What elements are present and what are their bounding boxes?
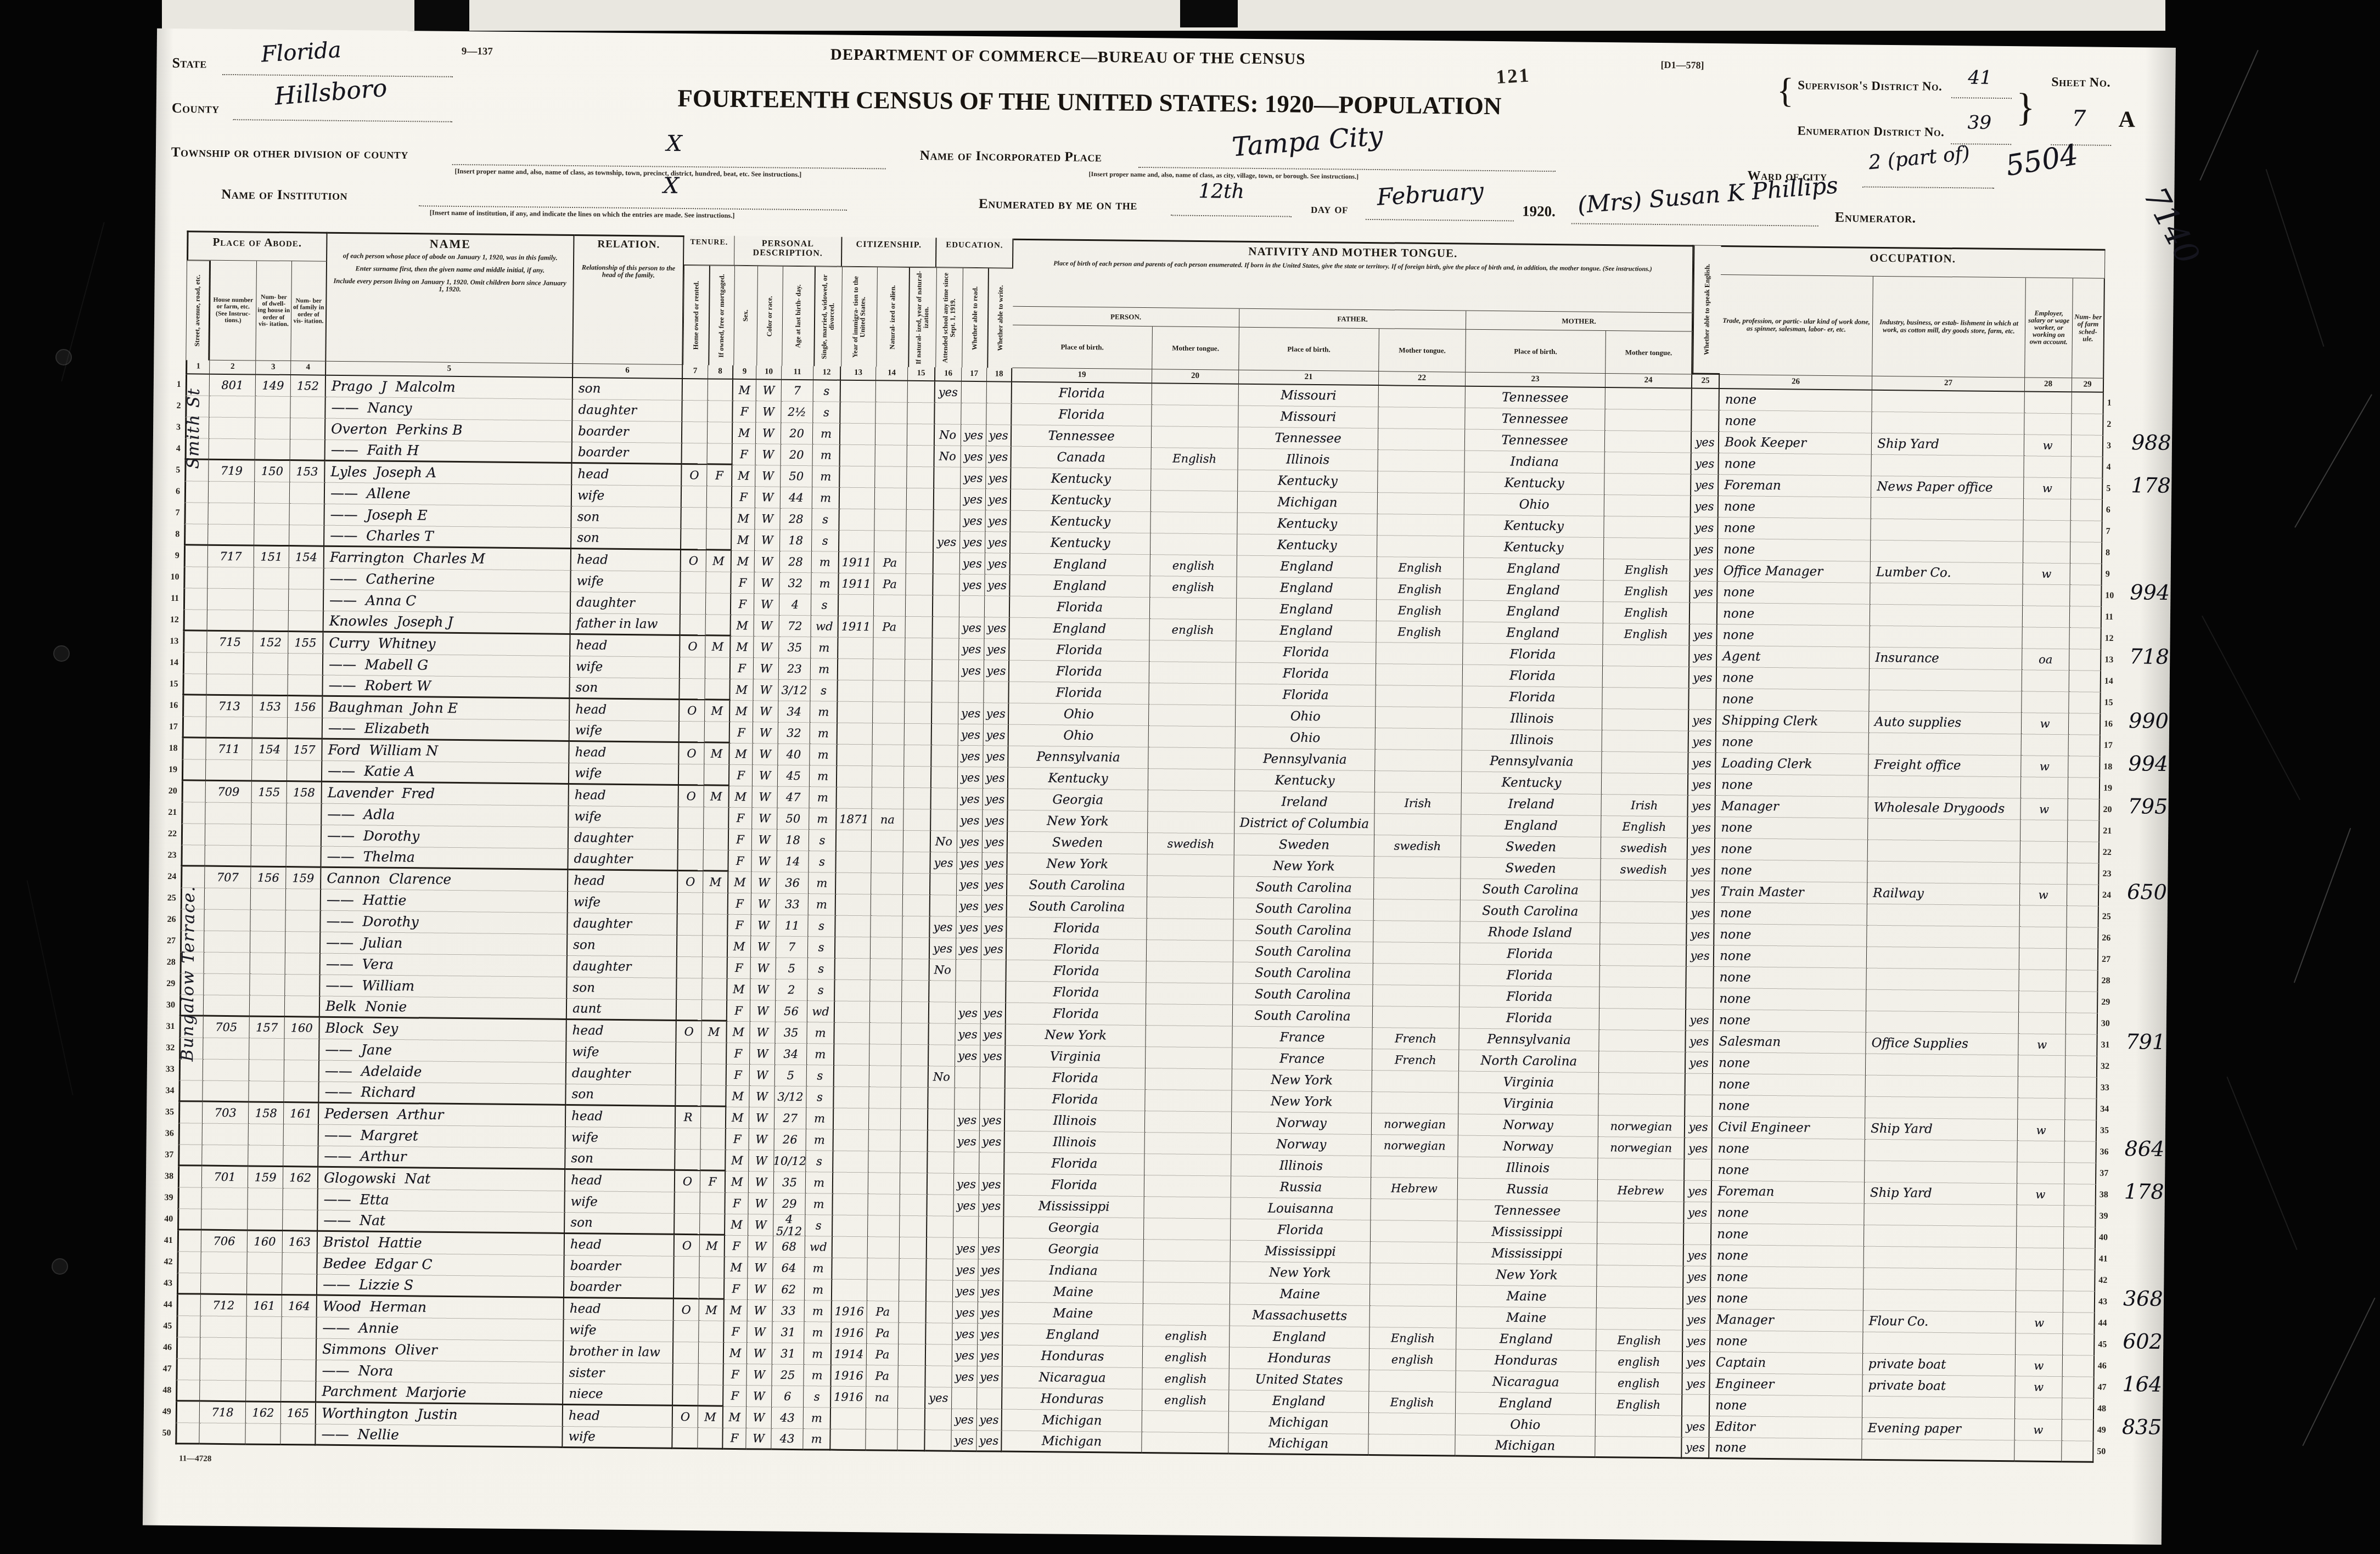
cell-family: 154	[289, 547, 324, 568]
cell-dwelling: 153	[252, 696, 288, 718]
cell-farm	[2063, 1355, 2095, 1377]
cell-free-mtg	[704, 764, 729, 786]
cell-naturalized	[868, 1215, 900, 1237]
cell-pob: Maine	[1003, 1281, 1143, 1304]
cell-race: W	[756, 423, 781, 444]
cell-tongue	[1146, 1026, 1232, 1048]
cell-write: yes	[977, 1366, 1002, 1388]
column-number-20: 20	[1152, 369, 1239, 385]
cell-read	[959, 596, 985, 617]
line-number-left: 25	[161, 888, 181, 909]
cell-race: W	[749, 1086, 774, 1107]
cell-naturalized	[872, 766, 904, 788]
column-label-4: Num- ber of family in order of vis- itat…	[291, 261, 327, 362]
cell-father-pob: England	[1229, 1390, 1369, 1413]
cell-father-tongue	[1373, 921, 1460, 943]
column-label-24: Mother tongue.	[1606, 331, 1693, 375]
cell-pob: Florida	[1007, 917, 1147, 940]
cell-school: yes	[925, 1387, 952, 1409]
cell-mother-tongue: swedish	[1601, 859, 1687, 881]
cell-mother-tongue: Hebrew	[1598, 1180, 1685, 1202]
cell-house	[201, 1209, 248, 1231]
cell-father-pob: Florida	[1236, 663, 1376, 685]
cell-father-pob: District of Columbia	[1234, 813, 1374, 835]
cell-trade: none	[1710, 1331, 1863, 1354]
cell-imm-year	[840, 466, 875, 488]
cell-tongue	[1146, 1068, 1232, 1091]
line-number-right: 29	[2098, 992, 2120, 1014]
corner	[166, 230, 187, 374]
cell-write	[980, 1088, 1005, 1110]
cell-relation: head	[570, 699, 680, 722]
cell-father-pob: South Carolina	[1233, 1005, 1373, 1028]
scan-artifact-bar	[414, 0, 469, 32]
cell-farm	[2066, 970, 2098, 992]
cell-race: W	[756, 401, 781, 423]
line-number-right: 16	[2101, 714, 2123, 735]
cell-farm	[2068, 756, 2100, 778]
cell-name: Wood Herman	[317, 1296, 564, 1320]
line-number-right: 27	[2098, 949, 2120, 971]
line-number-left: 15	[162, 674, 182, 695]
cell-street	[177, 1294, 201, 1316]
cell-employer: oa	[2022, 649, 2069, 671]
cell-free-mtg	[705, 679, 730, 700]
cell-marital: m	[810, 765, 837, 787]
line-number-left: 45	[156, 1316, 176, 1337]
line-number-left: 22	[161, 824, 181, 845]
cell-tongue	[1143, 1282, 1230, 1305]
column-label-18: Whether able to write.	[987, 268, 1013, 368]
cell-mother-pob: South Carolina	[1461, 879, 1601, 902]
cell-read: yes	[951, 1431, 976, 1452]
cell-pob: Nicaragua	[1002, 1367, 1142, 1389]
cell-imm-year: 1911	[839, 552, 874, 574]
cell-house	[208, 503, 254, 525]
cell-mother-tongue: english	[1596, 1372, 1682, 1395]
cell-read: yes	[955, 1131, 980, 1152]
cell-relation: daughter	[568, 913, 677, 936]
cell-imm-year	[834, 1066, 869, 1088]
cell-race: W	[749, 1172, 774, 1193]
cell-marital: m	[809, 808, 837, 830]
cell-nat-year	[905, 724, 932, 745]
cell-mother-pob: Florida	[1463, 665, 1603, 688]
cell-dwelling: 160	[248, 1231, 283, 1253]
cell-english: yes	[1691, 560, 1718, 582]
cell-race: W	[752, 829, 777, 851]
cell-naturalized: Pa	[866, 1365, 898, 1387]
cell-relation: wife	[565, 1191, 675, 1214]
cell-mother-tongue: english	[1596, 1351, 1683, 1373]
cell-employer: w	[2022, 713, 2069, 735]
cell-tenure	[673, 1364, 698, 1385]
cell-employer	[2017, 1162, 2064, 1184]
cell-age: 50	[781, 466, 812, 488]
column-label-29: Num- ber of farm sched- ule.	[2072, 278, 2105, 379]
cell-sex: M	[730, 701, 753, 722]
cell-sex: F	[729, 808, 752, 829]
cell-trade: Train Master	[1715, 881, 1867, 904]
cell-school	[926, 1323, 952, 1344]
cell-school: yes	[935, 381, 962, 403]
cell-farm	[2071, 478, 2103, 500]
line-number-right: 12	[2101, 628, 2123, 650]
cell-race: W	[749, 1107, 774, 1129]
cell-sex: F	[724, 1321, 747, 1343]
cell-mother-pob: Florida	[1460, 943, 1600, 966]
cell-school: yes	[930, 938, 956, 959]
cell-school	[927, 1302, 953, 1323]
cell-farm	[2071, 457, 2103, 478]
cell-age: 4	[779, 594, 811, 616]
line-number-left: 41	[158, 1230, 177, 1252]
cell-read: yes	[952, 1345, 978, 1366]
cell-read: yes	[961, 425, 986, 446]
cell-tenure	[672, 1428, 698, 1449]
cell-name: —— Margret	[319, 1125, 566, 1148]
cell-trade: none	[1711, 1266, 1863, 1290]
column-label-1: Street, avenue, road, etc.	[186, 260, 211, 360]
cell-pob: Indiana	[1003, 1260, 1143, 1282]
cell-farm	[2062, 1420, 2094, 1442]
cell-farm	[2064, 1163, 2096, 1185]
cell-relation: daughter	[572, 399, 682, 422]
bracket-code: [D1—578]	[1660, 59, 1704, 71]
cell-age: 3/12	[774, 1086, 806, 1108]
cell-english: yes	[1687, 924, 1714, 945]
cell-father-tongue	[1378, 471, 1464, 494]
cell-naturalized	[871, 916, 902, 938]
cell-english: yes	[1689, 646, 1717, 667]
cell-mother-pob: Kentucky	[1462, 772, 1602, 795]
cell-write: yes	[979, 1174, 1004, 1195]
cell-marital: m	[803, 1429, 830, 1450]
cell-farm	[2064, 1227, 2096, 1249]
cell-imm-year	[833, 1194, 868, 1216]
cell-nat-year	[901, 1088, 928, 1109]
cell-relation: wife	[566, 1127, 676, 1150]
film-scratch	[2294, 828, 2351, 983]
cell-father-pob: Michigan	[1229, 1412, 1369, 1434]
cell-nat-year	[902, 1002, 929, 1023]
film-scratch	[2302, 1298, 2375, 1446]
cell-naturalized	[871, 873, 903, 895]
cell-name: —— Allene	[325, 483, 572, 506]
cell-school	[929, 1045, 955, 1066]
cell-tongue	[1144, 1175, 1231, 1198]
cell-school	[933, 660, 959, 681]
cell-read: yes	[953, 1259, 978, 1281]
ward-scrawl: 5504	[2003, 138, 2080, 183]
cell-mother-tongue	[1599, 1073, 1686, 1095]
cell-school	[928, 1173, 954, 1195]
cell-sex: M	[731, 637, 754, 658]
cell-pob: Florida	[1009, 682, 1149, 705]
cell-house	[206, 674, 252, 696]
cell-house: 707	[205, 867, 251, 889]
cell-age: 32	[778, 723, 810, 745]
cell-trade: none	[1714, 945, 1867, 969]
cell-house: 717	[208, 546, 254, 568]
cell-sex: M	[729, 744, 753, 765]
cell-employer	[2016, 1269, 2063, 1291]
cell-employer	[2024, 456, 2071, 478]
cell-race: W	[748, 1257, 773, 1279]
cell-house	[209, 396, 255, 418]
cell-free-mtg	[703, 893, 728, 914]
cell-sex: M	[732, 530, 755, 551]
cell-father-tongue: French	[1372, 1028, 1459, 1050]
cell-farm	[2072, 435, 2103, 457]
cell-name: Lyles Joseph A	[325, 461, 572, 485]
sheet-no-value: 7	[2072, 106, 2086, 131]
cell-father-tongue	[1375, 771, 1462, 793]
cell-mother-tongue	[1605, 431, 1692, 453]
cell-relation: head	[572, 464, 682, 486]
cell-pob: Florida	[1009, 639, 1149, 662]
cell-marital: m	[812, 444, 840, 466]
cell-dwelling	[250, 953, 285, 975]
cell-school: No	[935, 424, 961, 446]
cell-tenure	[677, 1000, 702, 1021]
cell-family: 153	[290, 461, 325, 483]
cell-tenure: O	[678, 871, 703, 893]
cell-free-mtg	[701, 1085, 726, 1107]
cell-tongue	[1148, 790, 1234, 813]
cell-nat-year	[901, 1109, 928, 1130]
cell-school	[927, 1280, 953, 1302]
cell-trade: none	[1711, 1288, 1863, 1311]
cell-family	[289, 611, 324, 633]
cell-marital: m	[811, 573, 839, 594]
cell-marital: wd	[811, 616, 839, 637]
cell-relation: daughter	[568, 956, 677, 978]
cell-father-pob: England	[1237, 599, 1377, 621]
cell-marital: wd	[805, 1236, 833, 1258]
cell-name: Parchment Marjorie	[316, 1382, 563, 1405]
cell-relation: boarder	[572, 421, 682, 443]
cell-race: W	[754, 594, 779, 615]
cell-english: yes	[1685, 1138, 1712, 1159]
cell-tongue	[1147, 897, 1234, 920]
line-number-right: 17	[2101, 735, 2123, 757]
cell-house	[209, 439, 255, 461]
cell-name: Ford William N	[322, 740, 569, 763]
cell-pob: Kentucky	[1011, 468, 1151, 491]
cell-employer	[2019, 991, 2066, 1013]
cell-school	[927, 1237, 953, 1259]
cell-school	[928, 1130, 955, 1152]
cell-dwelling: 156	[251, 867, 286, 889]
cell-tongue	[1147, 919, 1233, 941]
cell-free-mtg	[700, 1214, 725, 1235]
cell-marital: m	[810, 787, 837, 808]
cell-marital: m	[811, 637, 838, 658]
cell-pob: New York	[1008, 810, 1148, 833]
line-number-left: 11	[164, 588, 183, 610]
line-number-left: 18	[162, 738, 182, 759]
cell-read	[955, 1088, 980, 1110]
cell-tenure	[682, 486, 707, 508]
cell-name: Lavender Fred	[322, 782, 569, 806]
cell-employer	[2016, 1333, 2063, 1355]
cell-father-tongue	[1372, 1092, 1458, 1114]
cell-school	[925, 1409, 952, 1430]
line-number-left: 9	[164, 545, 184, 567]
cell-imm-year	[840, 445, 875, 467]
cell-age: 50	[777, 808, 809, 830]
line-number-right: 8	[2102, 543, 2124, 564]
cell-farm	[2068, 842, 2100, 864]
cell-read: yes	[953, 1302, 978, 1324]
cell-marital: m	[812, 487, 840, 509]
cell-mother-pob: Florida	[1463, 644, 1603, 666]
cell-house: 715	[207, 632, 253, 654]
cell-sex: M	[725, 1257, 748, 1279]
cell-english: yes	[1691, 539, 1718, 560]
cell-industry	[1868, 776, 2021, 799]
margin-annotation-number: 864	[2124, 1136, 2164, 1161]
cell-tongue	[1148, 769, 1235, 791]
margin-annotation-number: 791	[2125, 1029, 2165, 1054]
cell-free-mtg	[702, 1000, 727, 1021]
cell-father-pob: Ohio	[1236, 727, 1376, 750]
cell-tongue: english	[1150, 576, 1237, 599]
cell-school: No	[934, 446, 961, 467]
cell-dwelling	[251, 846, 286, 868]
cell-race: W	[746, 1428, 771, 1450]
cell-naturalized	[870, 1001, 902, 1023]
column-label-19: Place of birth.	[1012, 325, 1153, 369]
cell-tongue	[1152, 405, 1238, 427]
enumerated-label: Enumerated by me on the	[979, 196, 1137, 213]
cell-family	[284, 1082, 319, 1103]
line-number-right: 39	[2096, 1206, 2118, 1228]
cell-industry	[1868, 819, 2020, 842]
cell-dwelling	[255, 418, 290, 440]
cell-street	[183, 631, 207, 652]
cell-mother-tongue: English	[1601, 816, 1688, 838]
cell-english: yes	[1684, 1202, 1711, 1224]
cell-mother-pob: Mississippi	[1457, 1243, 1597, 1265]
column-number-26: 26	[1720, 375, 1872, 391]
cell-nat-year	[900, 1216, 927, 1237]
cell-free-mtg	[704, 829, 729, 850]
column-number-10: 10	[756, 365, 782, 380]
cell-name: —— Annie	[317, 1317, 564, 1341]
cell-dwelling	[250, 995, 285, 1017]
group-education: EDUCATION.	[936, 238, 1014, 268]
column-number-4: 4	[291, 361, 326, 376]
line-number-right: 15	[2101, 692, 2123, 714]
cell-imm-year: 1911	[838, 616, 873, 638]
cell-naturalized	[875, 445, 907, 467]
column-label-12: Single, married, widowed, or divorced.	[813, 266, 842, 366]
cell-tongue: english	[1142, 1389, 1229, 1412]
cell-farm	[2069, 671, 2101, 692]
cell-dwelling	[255, 439, 290, 461]
column-label-11: Age at last birth- day.	[782, 266, 815, 367]
institution-value: X	[663, 173, 679, 199]
cell-imm-year	[836, 852, 871, 874]
cell-employer	[2025, 392, 2072, 414]
cell-pob: Michigan	[1002, 1410, 1142, 1432]
cell-dwelling: 149	[256, 375, 291, 397]
cell-imm-year	[834, 1087, 869, 1109]
cell-free-mtg	[700, 1192, 725, 1214]
cell-street	[175, 1423, 199, 1444]
line-number-left: 42	[157, 1252, 177, 1273]
cell-age: 72	[779, 616, 811, 638]
cell-tenure: O	[680, 700, 705, 722]
cell-trade: none	[1714, 967, 1866, 990]
cell-relation: head	[565, 1170, 675, 1192]
cell-free-mtg	[708, 379, 733, 401]
cell-write: yes	[978, 1259, 1003, 1281]
column-label-17: Whether able to read.	[962, 268, 988, 368]
cell-father-tongue	[1369, 1306, 1456, 1328]
column-number-16: 16	[935, 367, 962, 381]
cell-imm-year	[830, 1429, 866, 1451]
column-label-16: Attended school any time since Sept. 1, …	[935, 267, 963, 367]
cell-free-mtg	[703, 957, 728, 978]
cell-father-pob: Russia	[1231, 1176, 1371, 1199]
cell-race: W	[755, 530, 780, 551]
line-number-left: 34	[159, 1080, 178, 1102]
cell-house	[207, 589, 254, 611]
cell-imm-year	[833, 1173, 868, 1195]
cell-marital: m	[812, 551, 839, 573]
cell-english: yes	[1689, 667, 1717, 689]
cell-imm-year	[837, 766, 872, 788]
line-number-left: 49	[156, 1401, 176, 1423]
line-number-left: 7	[164, 503, 184, 524]
cell-tenure	[678, 829, 704, 850]
cell-read: yes	[958, 703, 984, 724]
margin-annotation-number: 835	[2122, 1415, 2162, 1439]
cell-relation: head	[571, 549, 681, 572]
cell-father-tongue	[1371, 1199, 1457, 1221]
cell-industry	[1871, 498, 2024, 521]
cell-tongue	[1146, 983, 1233, 1005]
cell-mother-tongue: English	[1603, 602, 1690, 624]
cell-school	[925, 1366, 952, 1387]
cell-relation: head	[569, 742, 679, 764]
cell-father-pob: Florida	[1231, 1219, 1371, 1242]
cell-english	[1685, 1159, 1712, 1181]
cell-write	[980, 1067, 1006, 1088]
cell-marital: s	[813, 402, 840, 423]
cell-employer	[2016, 1291, 2063, 1313]
cell-naturalized	[867, 1280, 899, 1302]
cell-english: yes	[1686, 1031, 1713, 1052]
cell-family	[287, 761, 322, 782]
cell-nat-year	[905, 617, 933, 638]
cell-mother-pob: Maine	[1457, 1286, 1597, 1308]
cell-read: yes	[959, 660, 984, 682]
cell-industry	[1868, 840, 2020, 863]
cell-family	[285, 953, 321, 975]
line-number-left: 31	[159, 1016, 179, 1038]
cell-dwelling	[255, 396, 290, 418]
cell-industry: Office Supplies	[1866, 1033, 2018, 1056]
cell-family	[289, 568, 324, 590]
cell-sex: F	[723, 1386, 746, 1407]
cell-write: yes	[984, 617, 1009, 639]
cell-mother-pob: Illinois	[1458, 1157, 1598, 1180]
cell-employer: w	[2018, 1119, 2065, 1141]
